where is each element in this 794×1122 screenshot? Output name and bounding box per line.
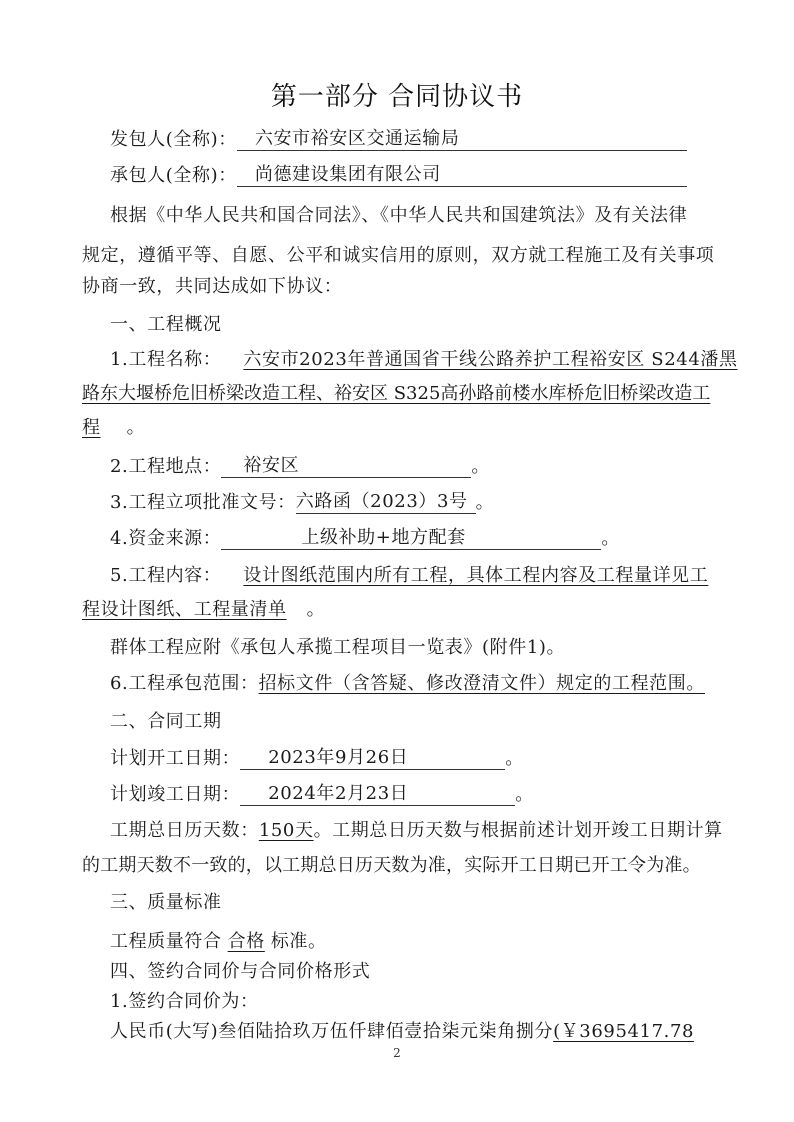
project-location-label: 2.工程地点：: [110, 456, 221, 477]
duration-label: 工期总日历天数：: [110, 820, 259, 841]
rmb-figure: (￥3695417.78: [553, 1021, 694, 1042]
preamble-line-1: 根据《中华人民共和国合同法》、《中华人民共和国建筑法》及有关法律: [110, 205, 714, 227]
employer-label: 发包人(全称)：: [110, 129, 237, 150]
employer-field: 六安市裕安区交通运输局: [237, 128, 687, 151]
funding-source-value: 上级补助+地方配套: [221, 527, 465, 548]
contract-scope-value: 招标文件（含答疑、修改澄清文件）规定的工程范围。: [259, 673, 705, 694]
preamble-line-2: 规定，遵循平等、自愿、公平和诚实信用的原则，双方就工程施工及有关事项: [82, 245, 714, 267]
project-content-row-2: 程设计图纸、工程量清单。: [82, 599, 714, 621]
funding-source-label: 4.资金来源：: [110, 528, 221, 549]
section-3-heading: 三、质量标准: [110, 892, 714, 914]
project-content-value-1: 设计图纸范围内所有工程，具体工程内容及工程量详见工: [221, 565, 708, 586]
project-name-label: 1.工程名称：: [110, 349, 221, 370]
page-title: 第一部分 合同协议书: [0, 76, 794, 113]
period: 。: [471, 456, 490, 477]
contractor-label: 承包人(全称)：: [110, 165, 237, 186]
project-content-row: 5.工程内容：设计图纸范围内所有工程，具体工程内容及工程量详见工: [110, 565, 714, 587]
end-date-value: 2024年2月23日: [240, 783, 408, 804]
rmb-words: 叁佰陆拾玖万伍仟肆佰壹拾柒元柒角捌分: [218, 1021, 553, 1042]
project-name-row-3: 程。: [82, 417, 714, 439]
period: 。: [515, 784, 534, 805]
start-date-value: 2023年9月26日: [240, 747, 408, 768]
duration-text-2: 的工期天数不一致的，以工期总日历天数为准，实际开工日期已开工令为准。: [82, 855, 714, 877]
section-1-heading: 一、工程概况: [110, 314, 714, 336]
end-date-field: 2024年2月23日: [240, 783, 515, 806]
project-name-value-2: 路东大堰桥危旧桥梁改造工程、裕安区 S325高孙路前楼水库桥危旧桥梁改造工: [82, 383, 710, 404]
period: 。: [601, 528, 620, 549]
quality-row: 工程质量符合合格标准。: [110, 931, 714, 953]
project-location-row: 2.工程地点：裕安区。: [110, 455, 714, 478]
approval-no-field: 六路函（2023）3号: [296, 491, 476, 514]
quality-prefix: 工程质量符合: [110, 931, 222, 952]
period: 。: [307, 599, 326, 620]
contractor-value: 尚德建设集团有限公司: [237, 164, 441, 185]
approval-no-label: 3.工程立项批准文号：: [110, 492, 296, 513]
rmb-label: 人民币(大写): [110, 1021, 218, 1042]
project-location-value: 裕安区: [221, 455, 299, 476]
project-name-row: 1.工程名称：六安市2023年普通国省干线公路养护工程裕安区 S244潘黑: [110, 349, 714, 371]
quality-suffix: 标准。: [271, 931, 327, 952]
project-name-value-3: 程: [82, 417, 127, 438]
contractor-row: 承包人(全称)：尚德建设集团有限公司: [110, 164, 714, 187]
duration-value: 150天: [259, 820, 314, 841]
period: 。: [505, 748, 524, 769]
section-2-heading: 二、合同工期: [110, 711, 714, 733]
employer-value: 六安市裕安区交通运输局: [237, 128, 460, 149]
approval-no-value: 六路函（2023）3号: [296, 491, 468, 512]
period: 。: [476, 492, 495, 513]
funding-source-field: 上级补助+地方配套: [221, 527, 601, 550]
project-name-row-2: 路东大堰桥危旧桥梁改造工程、裕安区 S325高孙路前楼水库桥危旧桥梁改造工: [82, 383, 714, 405]
start-date-field: 2023年9月26日: [240, 747, 505, 770]
contract-scope-label: 6.工程承包范围：: [110, 673, 259, 694]
duration-row: 工期总日历天数：150天。工期总日历天数与根据前述计划开竣工日期计算: [110, 820, 714, 842]
contract-scope-row: 6.工程承包范围：招标文件（含答疑、修改澄清文件）规定的工程范围。: [110, 673, 714, 695]
project-content-label: 5.工程内容：: [110, 565, 221, 586]
duration-text-1: 。工期总日历天数与根据前述计划开竣工日期计算: [314, 820, 723, 841]
contract-price-label: 1.签约合同价为：: [110, 991, 714, 1013]
contract-price-row: 人民币(大写)叁佰陆拾玖万伍仟肆佰壹拾柒元柒角捌分(￥3695417.78: [110, 1021, 714, 1043]
section-4-heading: 四、签约合同价与合同价格形式: [110, 961, 714, 983]
project-location-field: 裕安区: [221, 455, 471, 478]
funding-source-row: 4.资金来源：上级补助+地方配套。: [110, 527, 714, 550]
contractor-field: 尚德建设集团有限公司: [237, 164, 687, 187]
project-content-value-2: 程设计图纸、工程量清单: [82, 599, 307, 620]
group-project-note: 群体工程应附《承包人承揽工程项目一览表》(附件1)。: [110, 637, 714, 659]
end-date-row: 计划竣工日期：2024年2月23日。: [110, 783, 714, 806]
page-number: 2: [0, 1046, 794, 1060]
start-date-label: 计划开工日期：: [110, 748, 240, 769]
employer-row: 发包人(全称)：六安市裕安区交通运输局: [110, 128, 714, 151]
period: 。: [127, 417, 146, 438]
quality-value: 合格: [222, 931, 271, 952]
start-date-row: 计划开工日期：2023年9月26日。: [110, 747, 714, 770]
project-name-value-1: 六安市2023年普通国省干线公路养护工程裕安区 S244潘黑: [221, 349, 737, 370]
end-date-label: 计划竣工日期：: [110, 784, 240, 805]
contract-page: 第一部分 合同协议书 发包人(全称)：六安市裕安区交通运输局 承包人(全称)：尚…: [0, 0, 794, 1122]
approval-no-row: 3.工程立项批准文号：六路函（2023）3号。: [110, 491, 714, 514]
preamble-line-3: 协商一致，共同达成如下协议：: [82, 276, 714, 298]
